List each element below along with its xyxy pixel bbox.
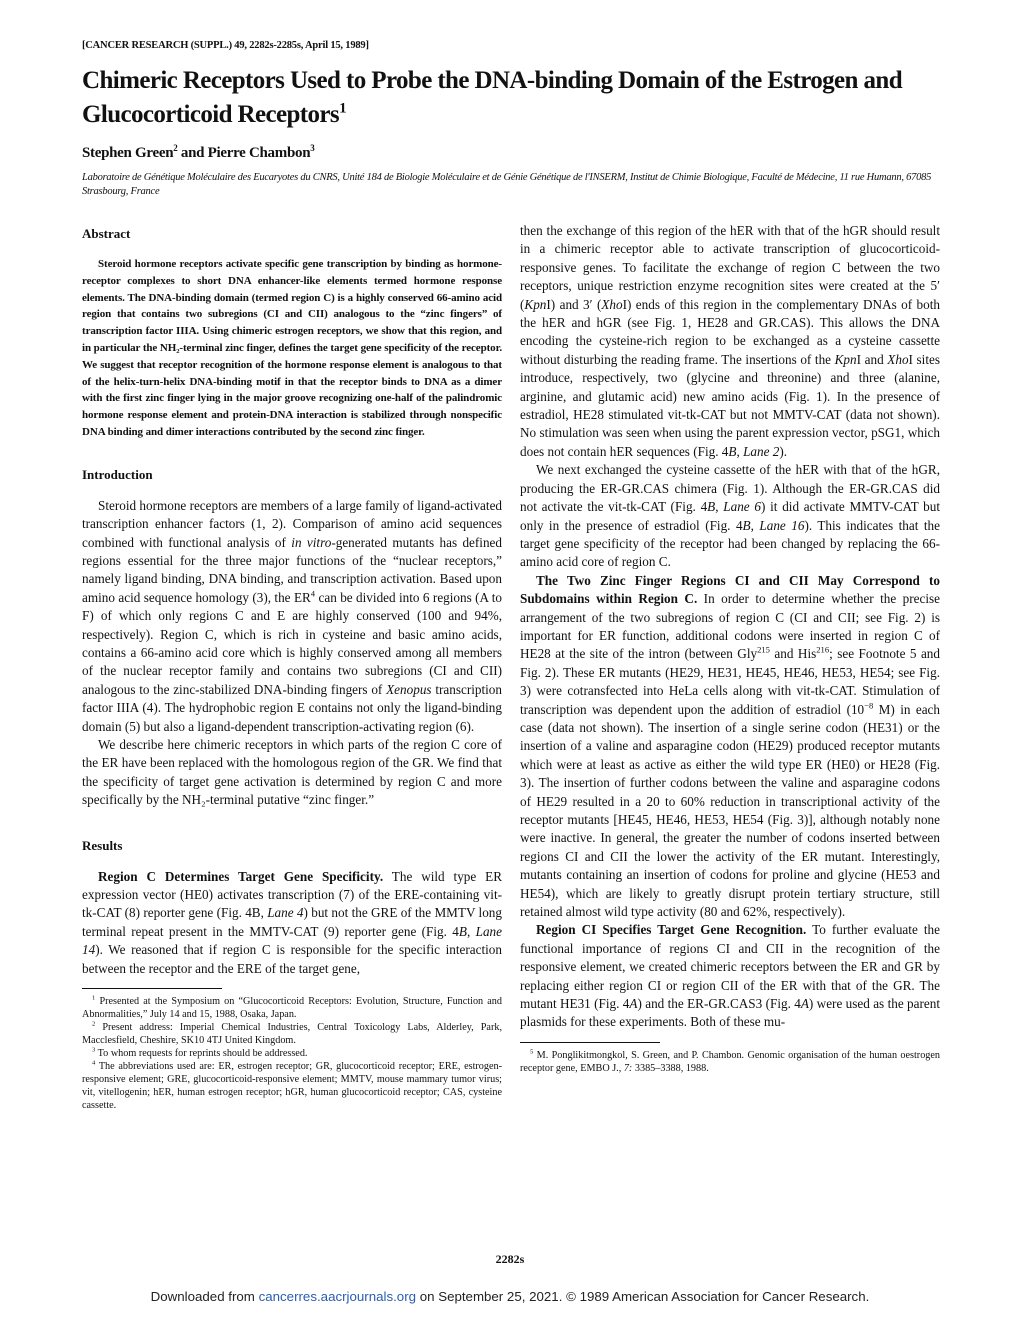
subsection-heading: Region C Determines Target Gene Specific… [98,869,383,884]
results-paragraph: We next exchanged the cysteine cassette … [520,461,940,571]
results-paragraph: Region C Determines Target Gene Specific… [82,868,502,978]
introduction-paragraph: Steroid hormone receptors are members of… [82,497,502,736]
footnote: 1 Presented at the Symposium on “Glucoco… [82,995,502,1021]
author-name: Pierre Chambon [208,145,311,161]
results-paragraph: Region CI Specifies Target Gene Recognit… [520,921,940,1031]
footnote: 4 The abbreviations used are: ER, estrog… [82,1060,502,1112]
page-number: 2282s [0,1252,1020,1267]
results-paragraph-continued: then the exchange of this region of the … [520,222,940,461]
right-column: then the exchange of this region of the … [520,222,940,1075]
journal-citation: [CANCER RESEARCH (SUPPL.) 49, 2282s-2285… [82,40,369,51]
subsection-heading: Region CI Specifies Target Gene Recognit… [536,922,806,937]
footnote: 3 To whom requests for reprints should b… [82,1047,502,1060]
author-list: Stephen Green2 and Pierre Chambon3 [82,145,314,162]
results-heading: Results [82,838,502,854]
abstract-text: Steroid hormone receptors activate speci… [82,256,502,441]
footnote: 2 Present address: Imperial Chemical Ind… [82,1021,502,1047]
title-footnote-mark[interactable]: 1 [339,101,346,117]
abstract-heading: Abstract [82,226,502,242]
footnote-divider [82,988,222,989]
results-paragraph: The Two Zinc Finger Regions CI and CII M… [520,572,940,922]
article-title-text: Chimeric Receptors Used to Probe the DNA… [82,67,902,128]
footnote-divider [520,1042,660,1043]
journal-link[interactable]: cancerres.aacrjournals.org [259,1289,416,1304]
author-joiner: and [177,145,207,161]
author-footnote-mark[interactable]: 3 [310,143,314,153]
left-column: Abstract Steroid hormone receptors activ… [82,226,502,1112]
footnote: 5 M. Ponglikitmongkol, S. Green, and P. … [520,1049,940,1075]
introduction-paragraph: We describe here chimeric receptors in w… [82,736,502,810]
download-notice: Downloaded from cancerres.aacrjournals.o… [150,1289,870,1304]
introduction-heading: Introduction [82,467,502,483]
author-name: Stephen Green [82,145,173,161]
document-page: [CANCER RESEARCH (SUPPL.) 49, 2282s-2285… [0,0,1020,1320]
author-affiliation: Laboratoire de Génétique Moléculaire des… [82,171,942,199]
article-title: Chimeric Receptors Used to Probe the DNA… [82,64,942,132]
